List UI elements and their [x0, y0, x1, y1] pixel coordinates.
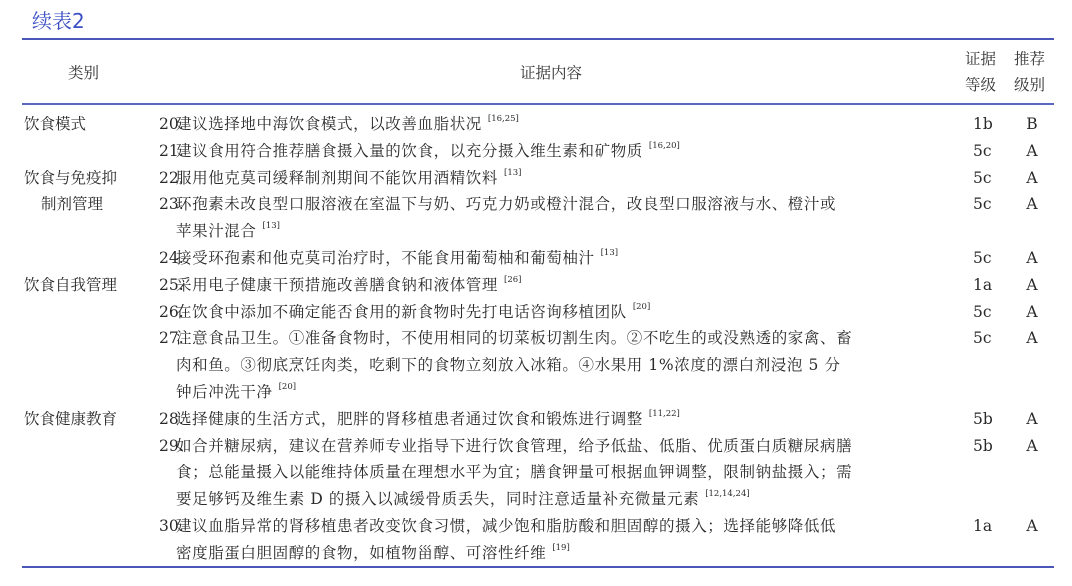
evidence-text: 肉和鱼。③彻底烹饪肉类，吃剩下的食物立刻放入冰箱。④水果用 1%浓度的漂白剂浸泡…: [176, 356, 841, 374]
evidence-level: 5c: [973, 325, 992, 352]
evidence-level: 5c: [973, 299, 992, 326]
evidence-content-line: 肉和鱼。③彻底烹饪肉类，吃剩下的食物立刻放入冰箱。④水果用 1%浓度的漂白剂浸泡…: [176, 352, 966, 379]
category-cell: 饮食健康教育: [24, 406, 159, 433]
recommendation-level: A: [1020, 299, 1044, 326]
evidence-text: 注意食品卫生。①准备食物时，不使用相同的切菜板切割生肉。②不吃生的或没熟透的家禽…: [176, 329, 852, 347]
evidence-content: 如合并糖尿病，建议在营养师专业指导下进行饮食管理，给予低盐、低脂、优质蛋白质糖尿…: [176, 433, 966, 513]
table-header-rule: [22, 103, 1054, 105]
recommendation-level: A: [1020, 433, 1044, 460]
citation-reference: [16,25]: [488, 114, 519, 124]
evidence-content-line: 建议选择地中海饮食模式，以改善血脂状况[16,25]: [176, 111, 966, 138]
citation-reference: [20]: [279, 382, 296, 392]
category-label: 饮食模式: [24, 111, 159, 138]
evidence-content-line: 在饮食中添加不确定能否食用的新食物时先打电话咨询移植团队[20]: [176, 299, 966, 326]
evidence-content: 环孢素未改良型口服溶液在室温下与奶、巧克力奶或橙汁混合，改良型口服溶液与水、橙汁…: [176, 191, 966, 245]
header-recommendation-level-line-1: 推荐: [1014, 46, 1062, 72]
recommendation-level: A: [1020, 191, 1044, 218]
evidence-text: 在饮食中添加不确定能否食用的新食物时先打电话咨询移植团队: [176, 303, 627, 321]
evidence-text: 建议食用符合推荐膳食摄入量的饮食，以充分摄入维生素和矿物质: [176, 142, 643, 160]
table-top-rule: [22, 38, 1054, 40]
evidence-content-line: 密度脂蛋白胆固醇的食物，如植物甾醇、可溶性纤维[19]: [176, 540, 966, 567]
evidence-content-line: 选择健康的生活方式，肥胖的肾移植患者通过饮食和锻炼进行调整[11,22]: [176, 406, 966, 433]
evidence-content: 建议血脂异常的肾移植患者改变饮食习惯，减少饱和脂肪酸和胆固醇的摄入；选择能够降低…: [176, 513, 966, 567]
evidence-text: 采用电子健康干预措施改善膳食钠和液体管理: [176, 276, 498, 294]
table-title: 续表2: [32, 8, 85, 34]
recommendation-level: B: [1020, 111, 1044, 138]
recommendation-level: A: [1020, 272, 1044, 299]
evidence-content: 选择健康的生活方式，肥胖的肾移植患者通过饮食和锻炼进行调整[11,22]: [176, 406, 966, 433]
evidence-level: 1b: [973, 111, 993, 138]
evidence-level: 5c: [973, 138, 992, 165]
evidence-level: 5c: [973, 191, 992, 218]
evidence-text: 密度脂蛋白胆固醇的食物，如植物甾醇、可溶性纤维: [176, 544, 546, 562]
category-label: 饮食健康教育: [24, 406, 159, 433]
evidence-text: 接受环孢素和他克莫司治疗时，不能食用葡萄柚和葡萄柚汁: [176, 249, 595, 267]
citation-reference: [13]: [601, 248, 618, 258]
evidence-content: 在饮食中添加不确定能否食用的新食物时先打电话咨询移植团队[20]: [176, 299, 966, 326]
recommendation-level: A: [1020, 245, 1044, 272]
evidence-content-line: 接受环孢素和他克莫司治疗时，不能食用葡萄柚和葡萄柚汁[13]: [176, 245, 966, 272]
citation-reference: [26]: [504, 275, 521, 285]
citation-reference: [11,22]: [649, 409, 680, 419]
evidence-content-line: 要足够钙及维生素 D 的摄入以减缓骨质丢失，同时注意适量补充微量元素[12,14…: [176, 486, 966, 513]
evidence-content-line: 建议食用符合推荐膳食摄入量的饮食，以充分摄入维生素和矿物质[16,20]: [176, 138, 966, 165]
evidence-text: 要足够钙及维生素 D 的摄入以减缓骨质丢失，同时注意适量补充微量元素: [176, 490, 699, 508]
recommendation-level: A: [1020, 406, 1044, 433]
citation-reference: [16,20]: [649, 141, 680, 151]
evidence-level: 5c: [973, 165, 992, 192]
citation-reference: [19]: [552, 543, 569, 553]
recommendation-level: A: [1020, 138, 1044, 165]
header-category: 类别: [68, 60, 99, 86]
category-cell: 饮食模式: [24, 111, 159, 138]
evidence-content-line: 服用他克莫司缓释制剂期间不能饮用酒精饮料[13]: [176, 165, 966, 192]
evidence-text: 服用他克莫司缓释制剂期间不能饮用酒精饮料: [176, 169, 498, 187]
evidence-level: 1a: [973, 272, 992, 299]
evidence-text: 环孢素未改良型口服溶液在室温下与奶、巧克力奶或橙汁混合，改良型口服溶液与水、橙汁…: [176, 195, 836, 213]
evidence-content: 建议选择地中海饮食模式，以改善血脂状况[16,25]: [176, 111, 966, 138]
evidence-level: 5b: [973, 406, 993, 433]
evidence-text: 食；总能量摄入以能维持体质量在理想水平为宜；膳食钾量可根据血钾调整，限制钠盐摄入…: [176, 463, 852, 481]
header-content: 证据内容: [520, 60, 582, 86]
header-evidence-level: 证据 等级: [965, 46, 1013, 98]
evidence-text: 选择健康的生活方式，肥胖的肾移植患者通过饮食和锻炼进行调整: [176, 410, 643, 428]
evidence-level: 1a: [973, 513, 992, 540]
evidence-content: 服用他克莫司缓释制剂期间不能饮用酒精饮料[13]: [176, 165, 966, 192]
evidence-content-line: 环孢素未改良型口服溶液在室温下与奶、巧克力奶或橙汁混合，改良型口服溶液与水、橙汁…: [176, 191, 966, 218]
recommendation-level: A: [1020, 165, 1044, 192]
citation-reference: [13]: [263, 221, 280, 231]
evidence-level: 5c: [973, 245, 992, 272]
recommendation-level: A: [1020, 325, 1044, 352]
evidence-content-line: 钟后冲洗干净[20]: [176, 379, 966, 406]
citation-reference: [13]: [504, 168, 521, 178]
evidence-text: 建议血脂异常的肾移植患者改变饮食习惯，减少饱和脂肪酸和胆固醇的摄入；选择能够降低…: [176, 517, 836, 535]
header-evidence-level-line-1: 证据: [965, 46, 1013, 72]
evidence-text: 苹果汁混合: [176, 222, 257, 240]
header-recommendation-level-line-2: 级别: [1014, 72, 1062, 98]
citation-reference: [12,14,24]: [705, 489, 749, 499]
category-label: 饮食自我管理: [24, 272, 159, 299]
header-evidence-level-line-2: 等级: [965, 72, 1013, 98]
evidence-content-line: 苹果汁混合[13]: [176, 218, 966, 245]
category-cell: 饮食与免疫抑制剂管理: [24, 165, 159, 219]
category-cell: 饮食自我管理: [24, 272, 159, 299]
recommendation-level: A: [1020, 513, 1044, 540]
evidence-content-line: 如合并糖尿病，建议在营养师专业指导下进行饮食管理，给予低盐、低脂、优质蛋白质糖尿…: [176, 433, 966, 460]
evidence-text: 钟后冲洗干净: [176, 383, 273, 401]
evidence-content: 接受环孢素和他克莫司治疗时，不能食用葡萄柚和葡萄柚汁[13]: [176, 245, 966, 272]
evidence-content-line: 注意食品卫生。①准备食物时，不使用相同的切菜板切割生肉。②不吃生的或没熟透的家禽…: [176, 325, 966, 352]
evidence-content: 建议食用符合推荐膳食摄入量的饮食，以充分摄入维生素和矿物质[16,20]: [176, 138, 966, 165]
evidence-content: 注意食品卫生。①准备食物时，不使用相同的切菜板切割生肉。②不吃生的或没熟透的家禽…: [176, 325, 966, 405]
evidence-text: 建议选择地中海饮食模式，以改善血脂状况: [176, 115, 482, 133]
evidence-content-line: 建议血脂异常的肾移植患者改变饮食习惯，减少饱和脂肪酸和胆固醇的摄入；选择能够降低…: [176, 513, 966, 540]
category-label: 制剂管理: [24, 191, 159, 218]
category-label: 饮食与免疫抑: [24, 165, 159, 192]
evidence-content: 采用电子健康干预措施改善膳食钠和液体管理[26]: [176, 272, 966, 299]
evidence-content-line: 食；总能量摄入以能维持体质量在理想水平为宜；膳食钾量可根据血钾调整，限制钠盐摄入…: [176, 459, 966, 486]
evidence-text: 如合并糖尿病，建议在营养师专业指导下进行饮食管理，给予低盐、低脂、优质蛋白质糖尿…: [176, 437, 852, 455]
citation-reference: [20]: [633, 302, 650, 312]
header-recommendation-level: 推荐 级别: [1014, 46, 1062, 98]
evidence-level: 5b: [973, 433, 993, 460]
evidence-content-line: 采用电子健康干预措施改善膳食钠和液体管理[26]: [176, 272, 966, 299]
